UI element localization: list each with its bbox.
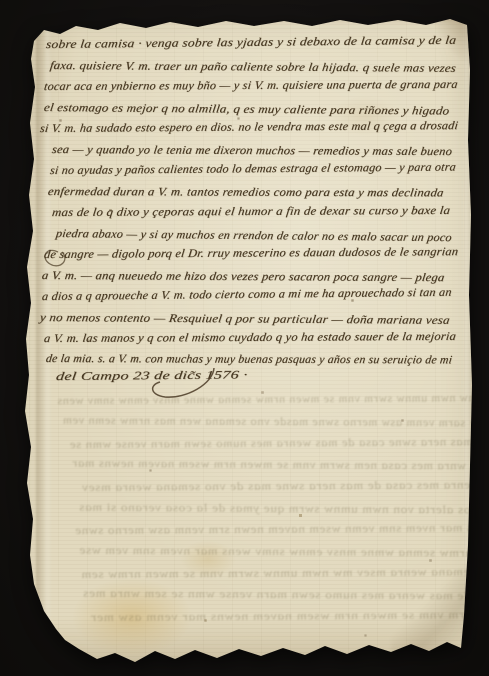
manuscript-line: a V. m. — anq nueuedo me hizo dos vezes … — [41, 269, 445, 284]
stain-bottom-center — [180, 540, 236, 578]
fold-crease-bottom-right — [391, 556, 481, 666]
manuscript-date-line: del Campo 23 de dic̃s 1576 · — [55, 368, 248, 383]
foxing-speckles — [0, 0, 1, 1]
ink-flourish-under-date — [0, 0, 489, 676]
bleedthrough-line: mas nrmw semna wmne mnsv emnw snmv wens … — [78, 545, 489, 560]
fold-crease-left — [36, 24, 52, 658]
bleedthrough-line: vno semana wenra msev mw nwm umnw swrm v… — [80, 566, 489, 581]
bleedthrough-line: wens mar nvem snm vemn wsem navem newn s… — [74, 522, 489, 537]
stain-top-center — [330, 96, 400, 136]
manuscript-line: faxa. quisiere V. m. traer un paño calie… — [49, 59, 457, 75]
manuscript-line: de sangre — digolo porq el Dr. rruy mesc… — [43, 245, 459, 261]
bleedthrough-line: mw venra mes casa de mas nera swne mas d… — [81, 479, 489, 494]
manuscript-line: de la mia. s. a V. m. con muchas y muy b… — [45, 352, 453, 366]
bleedthrough-line: vn mas nera swne casa de mas wenra mes n… — [69, 436, 489, 451]
photo-background: mw nwm umnw swrm vnm se mwen nrmw semna … — [0, 0, 489, 676]
paper-burned-corner — [429, 0, 489, 70]
manuscript-line: tocar aca en ynbierno es muy bño — y si … — [43, 78, 458, 93]
manuscript-line: a dios a q aproueche a V. m. todo cierto… — [41, 286, 452, 303]
bleedthrough-line: ne mos alerta von nwm umnw swrm que ymas… — [78, 502, 489, 517]
manuscript-line: si V. m. ha sudado esto espero en dios. … — [39, 119, 459, 135]
manuscript-line: enfermedad duran a V. m. tantos remedios… — [47, 185, 444, 199]
manuscript-line: si no ayudas y paños calientes todo lo d… — [49, 160, 456, 177]
paper-burned-top-edge — [0, 0, 489, 24]
manuscript-line: sobre la camisa · venga sobre las yjadas… — [45, 34, 457, 51]
manuscript-line: el estomago es mejor q no almilla, q es … — [43, 101, 450, 118]
manuscript-line: y no menos contento — Resquiuel q por su… — [39, 311, 450, 327]
bleedthrough-line: mw nwm umnw swrm vnm se mwen nrmw semna … — [56, 392, 478, 407]
stain-bottom-left — [72, 578, 192, 656]
manuscript-line: piedra abaxo — y si ay muchos en rrendon… — [55, 227, 453, 244]
manuscript-line: a V. m. las manos y q con el mismo cuyda… — [43, 330, 457, 345]
bleedthrough-line: ne sarm venm asw merno swne masde vno se… — [62, 415, 483, 430]
bleedthrough-line: nem swrm vnm se mwen nrm wsem navem newn… — [89, 609, 489, 624]
bleedthrough-line: sem wnra mes casa nem swrm vnm se mwen n… — [71, 458, 489, 473]
fold-crease-right — [461, 20, 475, 654]
paper-shadow: mw nwm umnw swrm vnm se mwen nrmw semna … — [0, 0, 489, 676]
handwritten-text-block: sobre la camisa · venga sobre las yjadas… — [0, 0, 489, 676]
manuscript-page: mw nwm umnw swrm vnm se mwen nrmw semna … — [0, 0, 489, 676]
manuscript-line: sea — y quando yo le tenia me dixeron mu… — [51, 143, 453, 158]
manuscript-line: mas de lo q dixo y çeporas aqui el humor… — [51, 204, 451, 219]
bleedthrough-line: casa de mas wenra mes numo sewn marn ven… — [82, 588, 489, 603]
verso-bleedthrough-text-block: mw nwm umnw swrm vnm se mwen nrmw semna … — [0, 0, 489, 676]
